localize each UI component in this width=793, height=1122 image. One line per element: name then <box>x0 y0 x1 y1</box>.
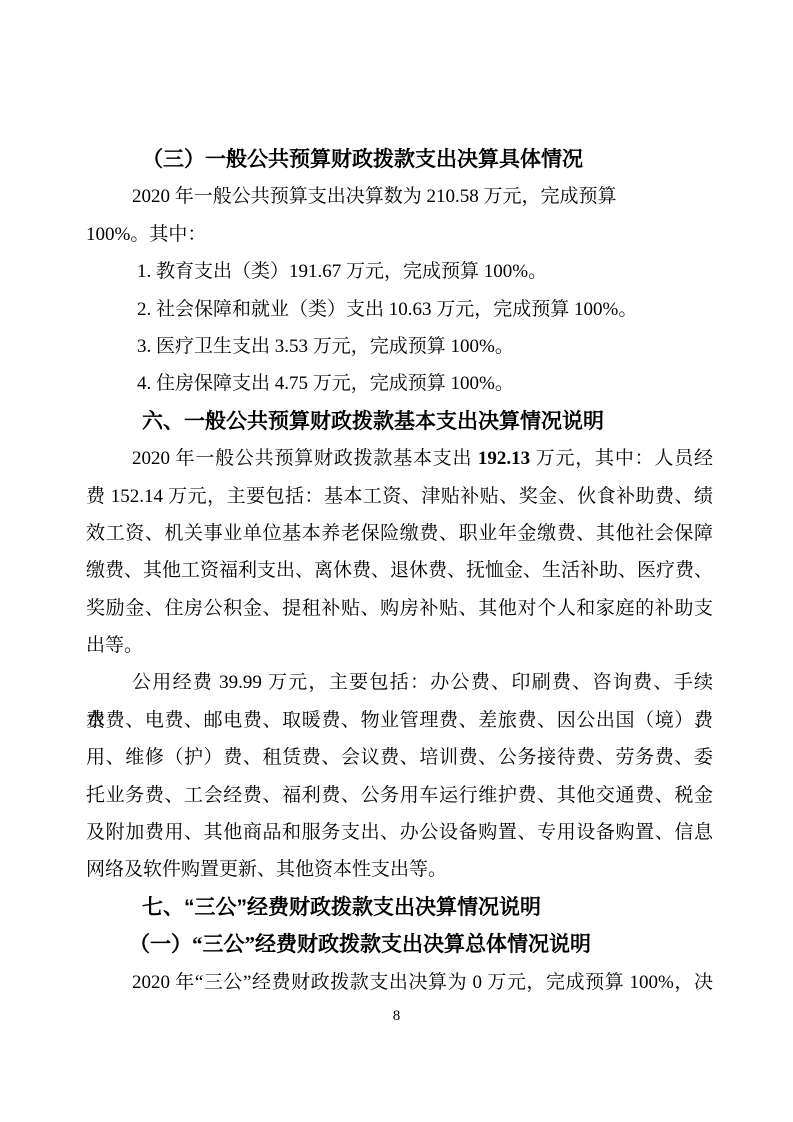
heading-section-7-sub: （一）“三公”经费财政拨款支出决算总体情况说明 <box>86 926 713 963</box>
paragraph-overview-line-1: 2020 年一般公共预算支出决算数为 210.58 万元，完成预算 <box>86 178 713 215</box>
text-segment: 万元，其中：人员经 <box>530 448 713 469</box>
bold-amount: 192.13 <box>478 448 530 469</box>
heading-section-7: 七、“三公”经费财政拨款支出决算情况说明 <box>86 889 713 926</box>
list-item-medical-health: 3. 医疗卫生支出 3.53 万元，完成预算 100%。 <box>86 328 713 365</box>
page-number: 8 <box>0 1005 793 1027</box>
paragraph-personnel-line-3: 效工资、机关事业单位基本养老保险缴费、职业年金缴费、其他社会保障 <box>86 515 713 552</box>
text-segment: 2020 年一般公共预算财政拨款基本支出 <box>132 448 478 469</box>
document-page: （三）一般公共预算财政拨款支出决算具体情况 2020 年一般公共预算支出决算数为… <box>0 0 793 1122</box>
paragraph-public-expense-line-1: 公用经费 39.99 万元，主要包括：办公费、印刷费、咨询费、手续费、 <box>86 664 713 701</box>
heading-section-6: 六、一般公共预算财政拨款基本支出决算情况说明 <box>86 403 713 440</box>
paragraph-public-expense-line-5: 及附加费用、其他商品和服务支出、办公设备购置、专用设备购置、信息 <box>86 814 713 851</box>
paragraph-personnel-line-4: 缴费、其他工资福利支出、离休费、退休费、抚恤金、生活补助、医疗费、 <box>86 552 713 589</box>
paragraph-overview-line-2: 100%。其中： <box>86 216 713 253</box>
paragraph-personnel-line-1: 2020 年一般公共预算财政拨款基本支出 192.13 万元，其中：人员经 <box>86 440 713 477</box>
paragraph-personnel-line-2: 费 152.14 万元，主要包括：基本工资、津贴补贴、奖金、伙食补助费、绩 <box>86 478 713 515</box>
paragraph-public-expense-line-4: 托业务费、工会经费、福利费、公务用车运行维护费、其他交通费、税金 <box>86 777 713 814</box>
paragraph-three-public-line-1: 2020 年“三公”经费财政拨款支出决算为 0 万元，完成预算 100%，决 <box>86 964 713 1001</box>
paragraph-personnel-line-5: 奖励金、住房公积金、提租补贴、购房补贴、其他对个人和家庭的补助支 <box>86 590 713 627</box>
page-content: （三）一般公共预算财政拨款支出决算具体情况 2020 年一般公共预算支出决算数为… <box>86 141 713 1001</box>
heading-section-3: （三）一般公共预算财政拨款支出决算具体情况 <box>86 141 713 178</box>
paragraph-personnel-line-6: 出等。 <box>86 627 713 664</box>
paragraph-public-expense-line-3: 用、维修（护）费、租赁费、会议费、培训费、公务接待费、劳务费、委 <box>86 739 713 776</box>
list-item-housing: 4. 住房保障支出 4.75 万元，完成预算 100%。 <box>86 365 713 402</box>
paragraph-public-expense-line-6: 网络及软件购置更新、其他资本性支出等。 <box>86 851 713 888</box>
list-item-education: 1. 教育支出（类）191.67 万元，完成预算 100%。 <box>86 253 713 290</box>
list-item-social-security: 2. 社会保障和就业（类）支出 10.63 万元，完成预算 100%。 <box>86 291 713 328</box>
paragraph-public-expense-line-2: 水费、电费、邮电费、取暖费、物业管理费、差旅费、因公出国（境）费 <box>86 702 713 739</box>
